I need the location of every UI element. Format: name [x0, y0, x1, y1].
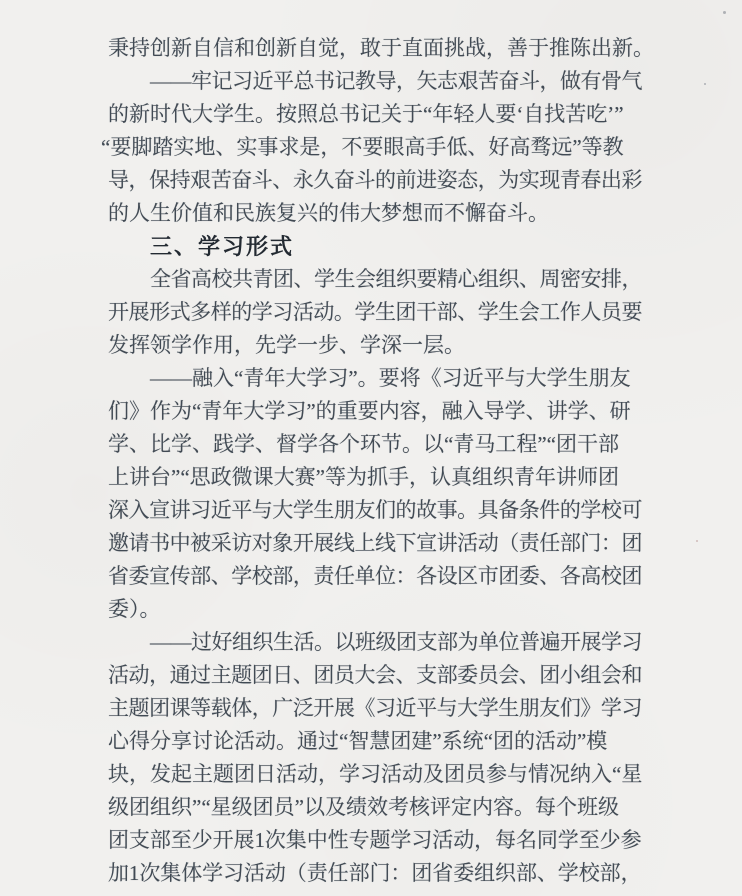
text-line: 邀请书中被采访对象开展线上线下宣讲活动（责任部门：团: [108, 527, 642, 560]
scan-speck: [704, 83, 706, 85]
text-line: ——过好组织生活。以班级团支部为单位普遍开展学习: [108, 626, 642, 659]
text-line: 上讲台”“思政微课大赛”等为抓手，认真组织青年讲师团: [108, 461, 642, 494]
text-line: 的人生价值和民族复兴的伟大梦想而不懈奋斗。: [108, 197, 642, 230]
text-line: “要脚踏实地、实事求是，不要眼高手低、好高骛远”等教: [101, 131, 642, 164]
text-line: 委）。: [108, 593, 642, 626]
text-line: 心得分享讨论活动。通过“智慧团建”系统“团的活动”模: [108, 725, 642, 758]
text-line: 级团组织”“星级团员”以及绩效考核评定内容。每个班级: [108, 791, 642, 824]
text-line: ——融入“青年大学习”。要将《习近平与大学生朋友: [108, 362, 642, 395]
text-line: 的新时代大学生。按照总书记关于“年轻人要‘自找苦吃’”: [108, 98, 642, 131]
text-line: 开展形式多样的学习活动。学生团干部、学生会工作人员要: [108, 296, 642, 329]
text-line: 导，保持艰苦奋斗、永久奋斗的前进姿态，为实现青春出彩: [108, 164, 642, 197]
text-line: 秉持创新自信和创新自觉，敢于直面挑战，善于推陈出新。: [108, 32, 642, 65]
text-line: 们》作为“青年大学习”的重要内容，融入导学、讲学、研: [108, 395, 642, 428]
document-text-block: 秉持创新自信和创新自觉，敢于直面挑战，善于推陈出新。——牢记习近平总书记教导，矢…: [108, 32, 642, 890]
text-line: 发挥领学作用，先学一步、学深一层。: [108, 329, 642, 362]
text-line: 团支部至少开展1次集中性专题学习活动，每名同学至少参: [108, 824, 642, 857]
text-line: 块，发起主题团日活动，学习活动及团员参与情况纳入“星: [108, 758, 642, 791]
text-line: 深入宣讲习近平与大学生朋友们的故事。具备条件的学校可: [108, 494, 642, 527]
scanned-document-page: 秉持创新自信和创新自觉，敢于直面挑战，善于推陈出新。——牢记习近平总书记教导，矢…: [0, 0, 742, 896]
section-heading: 三、学习形式: [108, 230, 642, 263]
text-line: 活动，通过主题团日、团员大会、支部委员会、团小组会和: [108, 659, 642, 692]
text-line: 省委宣传部、学校部，责任单位：各设区市团委、各高校团: [108, 560, 642, 593]
text-line: 学、比学、践学、督学各个环节。以“青马工程”“团干部: [108, 428, 642, 461]
text-line: 主题团课等载体，广泛开展《习近平与大学生朋友们》学习: [108, 692, 642, 725]
text-line: ——牢记习近平总书记教导，矢志艰苦奋斗，做有骨气: [108, 65, 642, 98]
scan-speck: [723, 11, 726, 14]
text-line: 全省高校共青团、学生会组织要精心组织、周密安排，: [108, 263, 642, 296]
text-line: 加1次集体学习活动（责任部门：团省委组织部、学校部，: [108, 857, 642, 890]
scan-speck: [696, 540, 698, 542]
